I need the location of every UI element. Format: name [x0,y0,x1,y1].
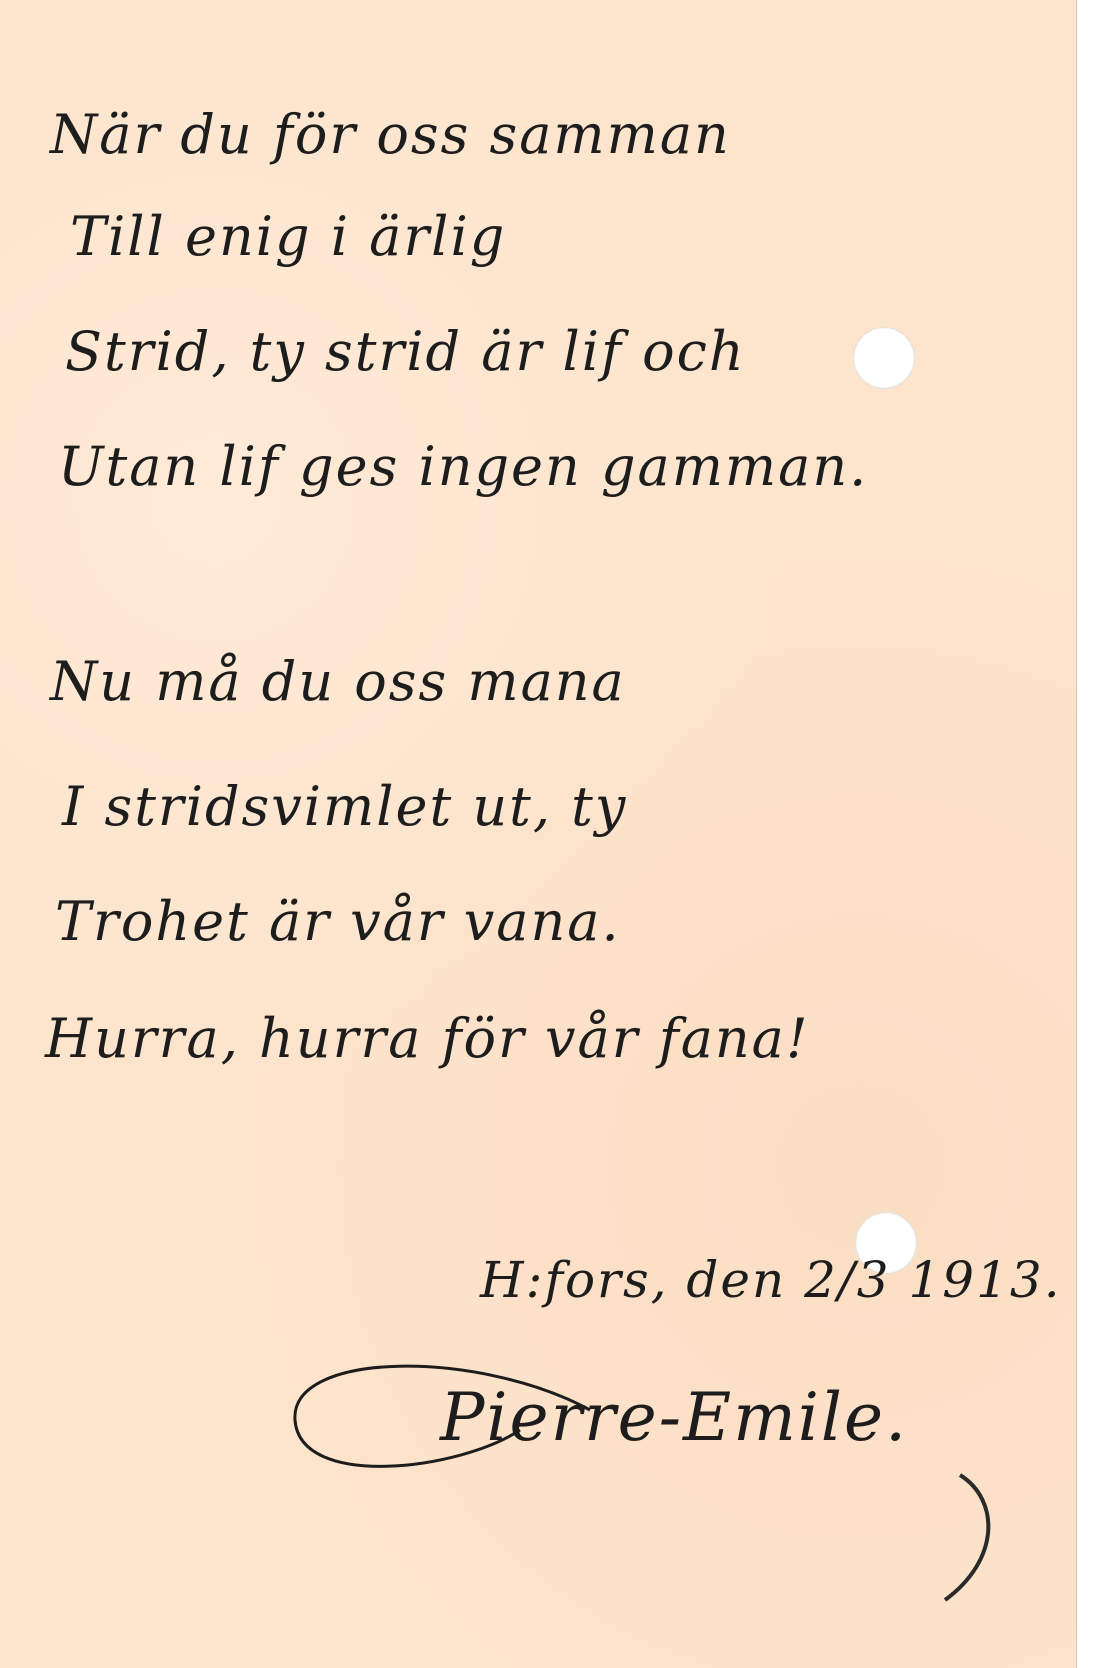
poem-line: Strid, ty strid är lif och [65,325,746,379]
paper-sheet: När du för oss samman Till enig i ärlig … [0,0,1077,1668]
poem-line: I stridsvimlet ut, ty [62,780,627,834]
poem-line: Trohet är vår vana. [55,895,621,949]
punch-hole-top [853,327,915,389]
poem-line: När du för oss samman [50,108,731,162]
poem-line: Nu må du oss mana [50,655,626,709]
poem-line: Hurra, hurra för vår fana! [45,1012,810,1066]
poem-line: Till enig i ärlig [70,210,506,264]
poem-line: Utan lif ges ingen gamman. [58,440,868,494]
dateline: H:fors, den 2/3 1913. [480,1255,1062,1305]
signature: Pierre-Emile. [440,1385,908,1451]
